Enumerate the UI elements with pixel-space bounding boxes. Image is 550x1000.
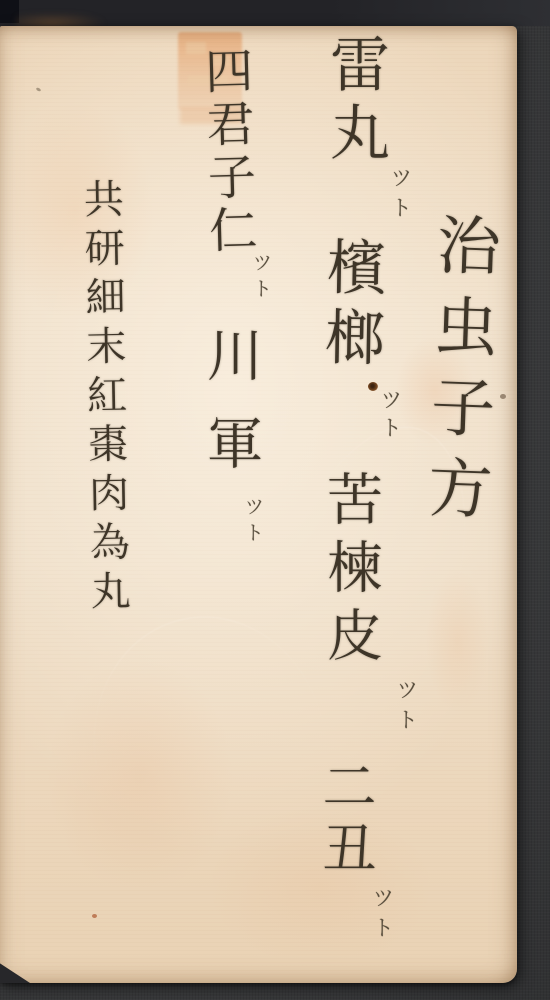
instruction-column: 共研細末紅棗肉為丸 [80, 178, 128, 620]
page-corner-gap [0, 959, 30, 983]
dose-mark: ツト [394, 678, 416, 738]
dose-mark: ツト [251, 252, 271, 304]
dose-mark: ツト [243, 496, 263, 548]
ink-speck [92, 914, 97, 918]
paper-crease [70, 595, 349, 898]
herb-name-binglang: 檳榔 [320, 235, 382, 376]
dose-mark: ツト [388, 166, 410, 226]
herb-name-chuanjun: 川軍 [202, 326, 258, 502]
herb-name-sijunziren: 四君子仁 [200, 45, 254, 258]
foxing-stain [20, 626, 260, 926]
paper-fiber [36, 87, 42, 92]
dose-mark: ツト [370, 886, 392, 946]
herb-name-kulianpi: 苦楝皮 [322, 470, 378, 674]
dose-mark: ツト [378, 388, 400, 444]
foxing-stain [415, 546, 500, 736]
herb-name-erchou: 二丑 [318, 758, 372, 882]
herb-name-leiwan: 雷丸 [325, 33, 385, 169]
manuscript-page: 治虫子方 雷丸 ツト 檳榔 ツト 苦楝皮 ツト 二丑 ツト 四君子仁 ツト 川軍… [0, 26, 517, 983]
ink-speck [500, 394, 506, 399]
photographed-manuscript: 治虫子方 雷丸 ツト 檳榔 ツト 苦楝皮 ツト 二丑 ツト 四君子仁 ツト 川軍… [0, 0, 550, 1000]
title-column: 治虫子方 [421, 211, 496, 537]
